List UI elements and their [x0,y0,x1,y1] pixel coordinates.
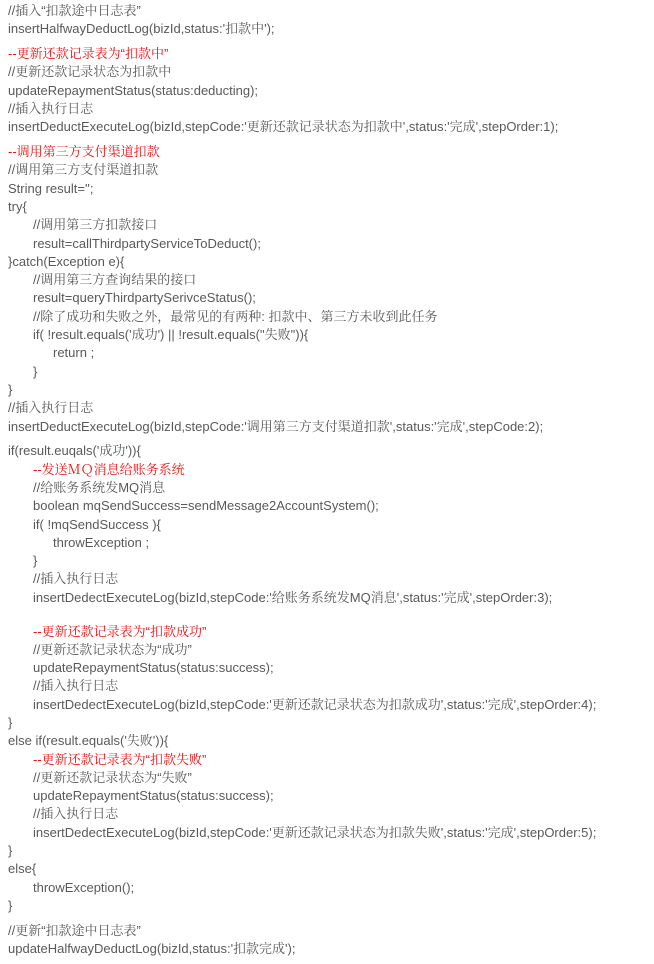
code-line: } [8,842,654,860]
code-line: if( !result.equals('成功') || !result.equa… [8,326,654,344]
code-line: //插入执行日志 [8,399,654,417]
code-line: }catch(Exception e){ [8,253,654,271]
sql-step-line: --调用第三方支付渠道扣款 [8,143,654,161]
code-line: //更新还款记录状态为扣款中 [8,63,654,81]
code-line: if( !mqSendSuccess ){ [8,516,654,534]
sql-step-line: --更新还款记录表为“扣款失败” [8,751,654,769]
page: { "colors": { "background": "#ffffff", "… [0,0,654,964]
code-line: //插入执行日志 [8,100,654,118]
code-line: //插入执行日志 [8,570,654,588]
code-line: } [8,552,654,570]
code-line: //更新还款记录状态为“失败” [8,769,654,787]
code-line: updateRepaymentStatus(status:success); [8,787,654,805]
code-line: insertDedectExecuteLog(bizId,stepCode:'给… [8,589,654,607]
sql-step-line: --发送ＭＱ消息给账务系统 [8,461,654,479]
code-line: //调用第三方扣款接口 [8,216,654,234]
code-line: throwException(); [8,879,654,897]
code-line: //给账务系统发MQ消息 [8,479,654,497]
sql-step-line: --更新还款记录表为“扣款成功” [8,623,654,641]
code-line: updateRepaymentStatus(status:deducting); [8,82,654,100]
code-line: //插入执行日志 [8,805,654,823]
code-line: boolean mqSendSuccess=sendMessage2Accoun… [8,497,654,515]
code-line: //插入“扣款途中日志表” [8,2,654,20]
code-line: //插入执行日志 [8,677,654,695]
code-line: throwException ; [8,534,654,552]
code-line: } [8,381,654,399]
code-line: //更新“扣款途中日志表” [8,922,654,940]
code-line: //更新还款记录状态为“成功” [8,641,654,659]
code-line: else if(result.equals('失败')){ [8,732,654,750]
code-line: try{ [8,198,654,216]
code-line: updateHalfwayDeductLog(bizId,status:'扣款完… [8,940,654,958]
code-line: updateRepaymentStatus(status:success); [8,659,654,677]
code-line: String result=''; [8,180,654,198]
code-line: //调用第三方查询结果的接口 [8,271,654,289]
code-document: //插入“扣款途中日志表”insertHalfwayDeductLog(bizI… [0,0,654,964]
code-line: result=callThirdpartyServiceToDeduct(); [8,235,654,253]
code-line: insertDedectExecuteLog(bizId,stepCode:'更… [8,824,654,842]
sql-step-line: --更新还款记录表为“扣款中” [8,45,654,63]
code-line: else{ [8,860,654,878]
code-line: } [8,714,654,732]
code-line: insertDedectExecuteLog(bizId,stepCode:'更… [8,696,654,714]
code-line: result=queryThirdpartySerivceStatus(); [8,289,654,307]
code-line: insertDeductExecuteLog(bizId,stepCode:'调… [8,418,654,436]
code-line: if(result.euqals('成功')){ [8,442,654,460]
code-line: //除了成功和失败之外，最常见的有两种: 扣款中、第三方未收到此任务 [8,308,654,326]
code-line: } [8,897,654,915]
code-line: insertHalfwayDeductLog(bizId,status:'扣款中… [8,20,654,38]
code-line: //调用第三方支付渠道扣款 [8,161,654,179]
code-line: } [8,363,654,381]
code-line: insertDeductExecuteLog(bizId,stepCode:'更… [8,118,654,136]
code-line: return ; [8,344,654,362]
